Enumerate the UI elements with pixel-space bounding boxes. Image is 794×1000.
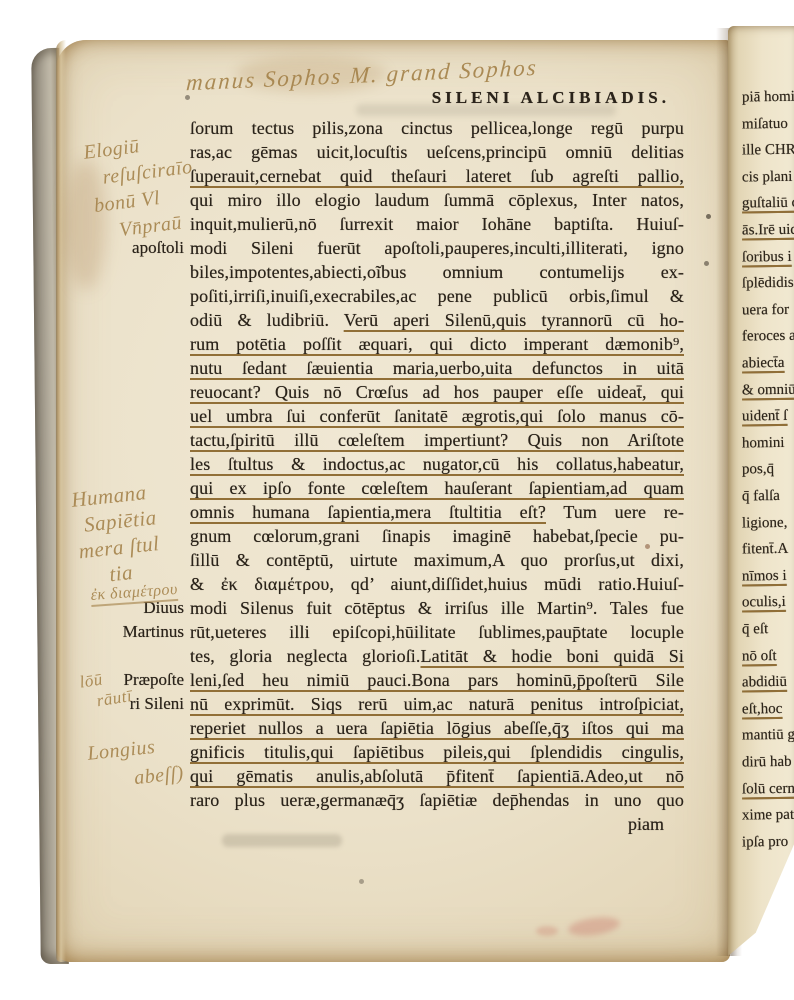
hw-longius: Longiusabeſſ) xyxy=(86,730,185,797)
handwritten-text: Vn̄praū xyxy=(118,212,183,242)
facing-page-text-fragment: homini xyxy=(742,429,794,456)
facing-page-text-fragment: nō oſt xyxy=(742,642,794,669)
handwritten-text: abeſſ) xyxy=(133,762,185,789)
facing-page-text-fragment: uera for xyxy=(742,296,794,323)
facing-page-text-fragment: dirū hab xyxy=(742,749,794,776)
paper-specks xyxy=(0,0,3,3)
facing-page-text-fragment: uident̄ ſ xyxy=(742,403,794,430)
facing-page-text-fragment: ipſa pro xyxy=(742,828,794,855)
handwritten-text: Longius xyxy=(86,736,156,765)
facing-page-text-fragment: abdidiū xyxy=(742,669,794,696)
facing-page-text-fragment: eſt,hoc xyxy=(742,695,794,722)
erased-writing-smudge xyxy=(222,834,342,847)
facing-page-text-fragment: q̄ eſt xyxy=(742,616,794,643)
facing-page-text-fragment: ille CHR xyxy=(742,137,794,164)
facing-page-text-fragment: miſatuo xyxy=(742,110,794,137)
facing-page-text-fragment: fitent̄.A xyxy=(742,536,794,563)
handwritten-text: lōū xyxy=(78,669,104,691)
facing-page-text-fragment: xime pate xyxy=(742,802,794,829)
facing-page-text-fragment: guſtaliū c xyxy=(742,190,794,217)
facing-page-text-fragment: pos,q̄ xyxy=(742,456,794,483)
facing-page-text-fragment: oculis,i xyxy=(742,589,794,616)
facing-page-text-fragment: piā homi xyxy=(742,84,794,111)
hw-humana: HumanaSapiētiamera ſtultia xyxy=(70,478,163,590)
facing-page-text-fragment: cis plani xyxy=(742,163,794,190)
handwritten-margin-notes: Elogiūreſuſciraīobonū VlVn̄praūHumanaSap… xyxy=(56,40,730,962)
facing-page-text-fragment: ſplēdidis xyxy=(742,270,794,297)
handwritten-text: ἐκ διαμέτρου xyxy=(90,581,179,607)
facing-page-text-fragment: feroces a xyxy=(742,323,794,350)
facing-page-text-fragment: nīmos i xyxy=(742,562,794,589)
hw-lon: lōūrāutī xyxy=(78,664,134,713)
facing-page-text-fragment: abiect̄a xyxy=(742,350,794,377)
handwritten-text: rāutī xyxy=(95,686,133,710)
red-stain xyxy=(536,926,558,936)
facing-page-text-fragment: ſolū cerni xyxy=(742,775,794,802)
facing-page-text-fragment: & omniū xyxy=(742,376,794,403)
facing-page-text-fragment: q̄ falſa xyxy=(742,483,794,510)
photo-background: manus Sophos M. grand Sophos SILENI ALCI… xyxy=(0,0,794,1000)
facing-page-text-fragment: mantiū g xyxy=(742,722,794,749)
facing-page-text-fragment: ās.Irē uid xyxy=(742,217,794,244)
book-page: manus Sophos M. grand Sophos SILENI ALCI… xyxy=(56,40,730,962)
hw-elogium: Elogiūreſuſciraīobonū VlVn̄praū xyxy=(82,127,201,247)
facing-page-edge: piā homimiſatuoille CHRcis planiguſtaliū… xyxy=(728,26,794,956)
handwritten-text: Elogiū xyxy=(82,135,141,164)
facing-page-text-fragment: ſoribus i xyxy=(742,243,794,270)
facing-page-text-fragment: ligione, xyxy=(742,509,794,536)
